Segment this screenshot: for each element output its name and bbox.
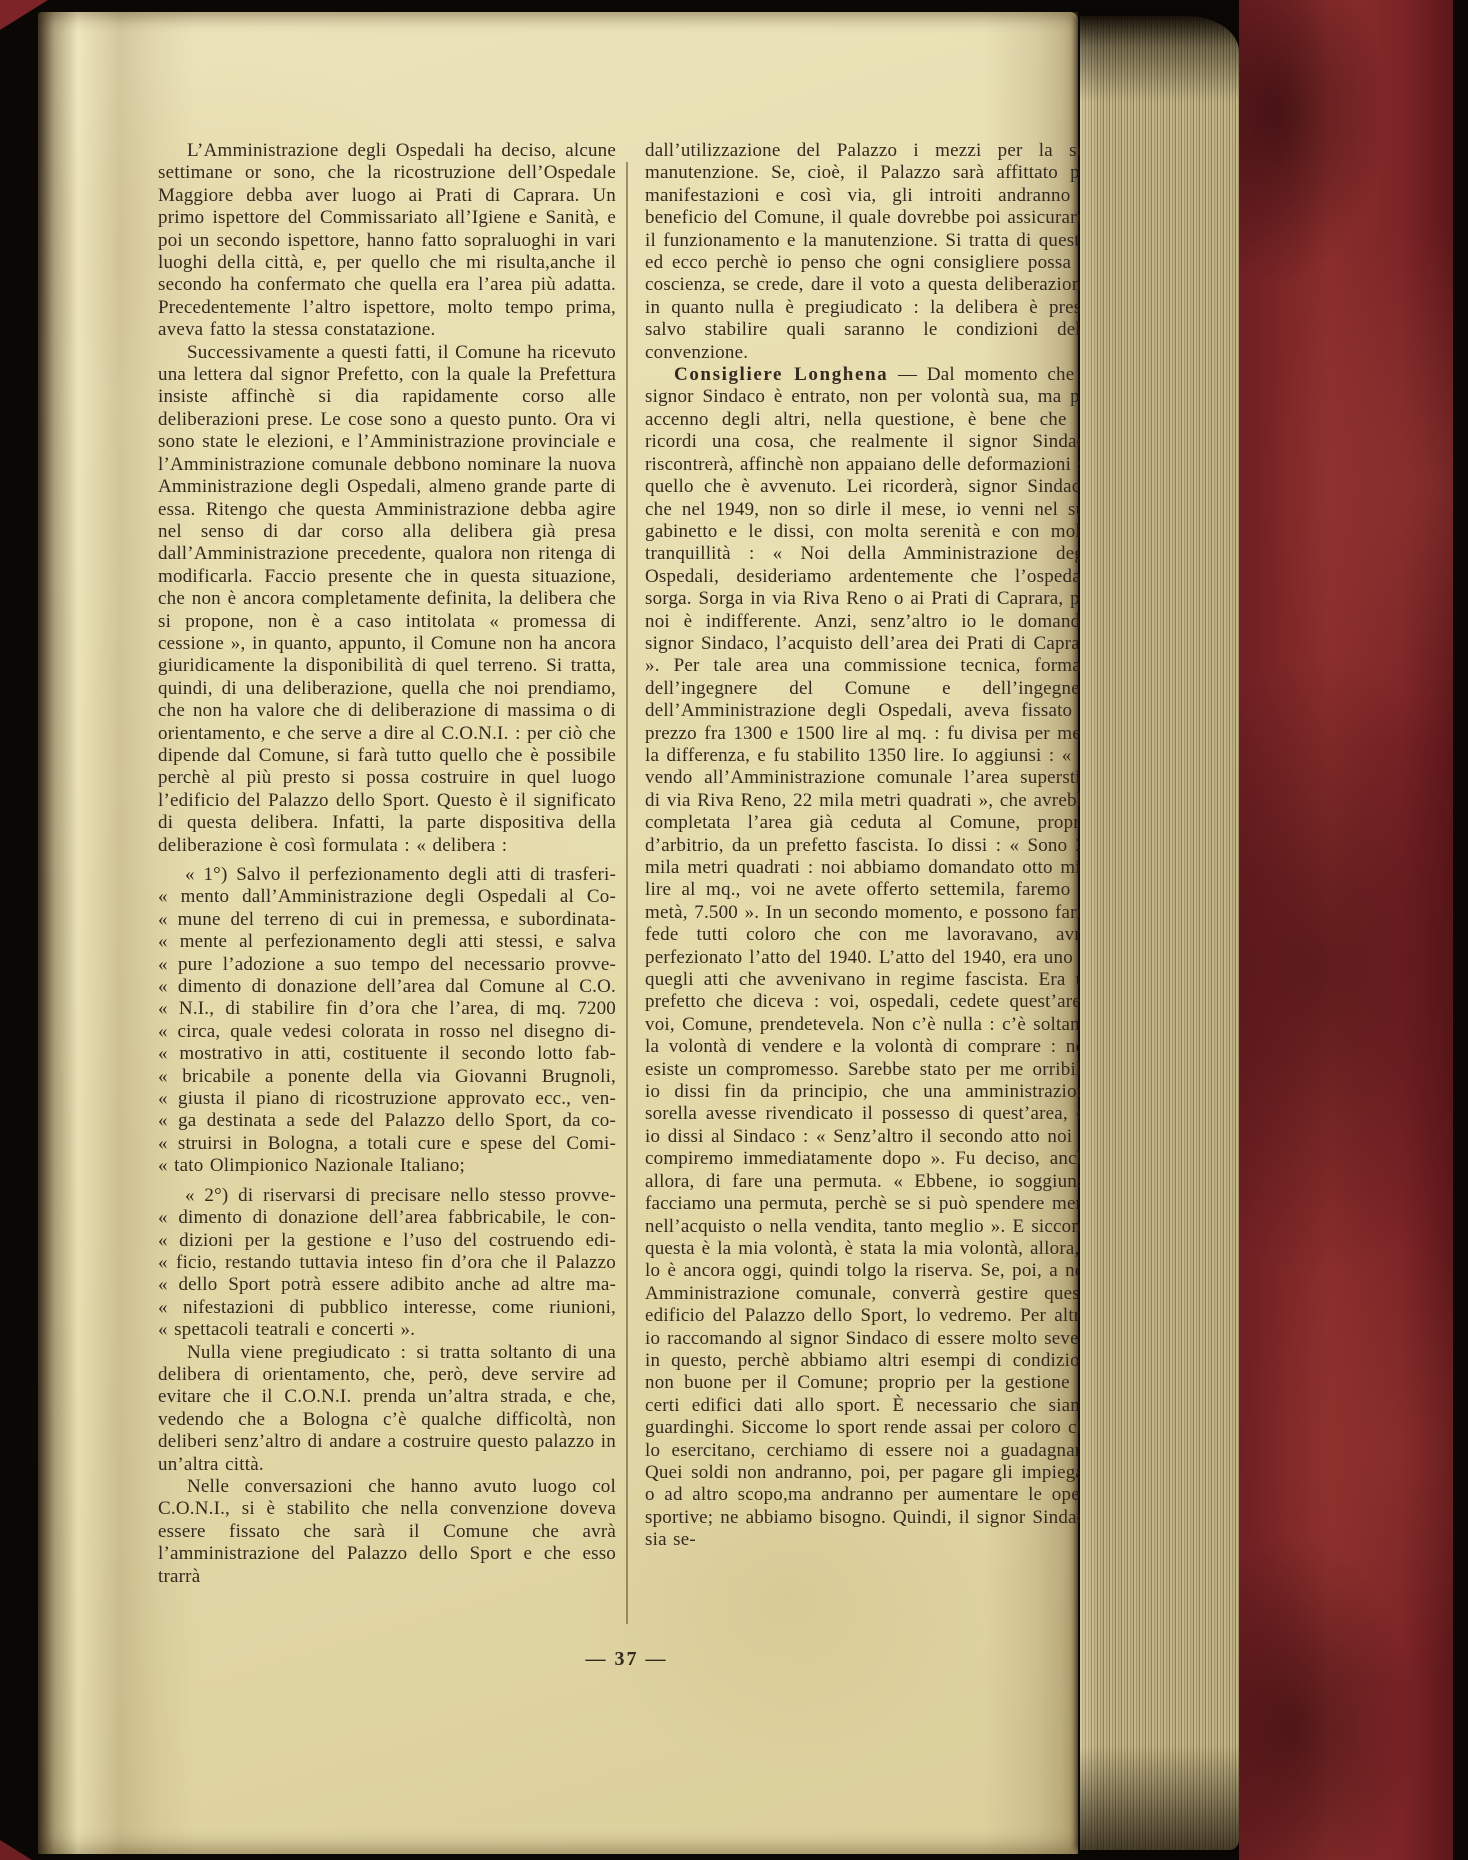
quote-line: « dimento di donazione dell’area dal Com… (158, 976, 616, 998)
book-cover-corner-bottom-left (0, 1840, 32, 1860)
quote-line: « mune del terreno di cui in premessa, e… (158, 909, 616, 931)
paragraph-longhena: Consigliere Longhena — Dal momento che i… (645, 364, 1095, 1552)
quote-line: « bricabile a ponente della via Giovanni… (158, 1066, 616, 1088)
speech-text: — Dal momento che il signor Sindaco è en… (645, 364, 1095, 1550)
paragraph: Successivamente a questi fatti, il Comun… (158, 342, 616, 857)
quote-line: « nifestazioni di pubblico interesse, co… (158, 1297, 616, 1319)
paragraph: Nulla viene pregiudicato : si tratta sol… (158, 1342, 616, 1476)
page-number: — 37 — (158, 1648, 1095, 1671)
quote-line: « giusta il piano di ricostruzione appro… (158, 1088, 616, 1110)
quote-line: « pure l’adozione a suo tempo del necess… (158, 954, 616, 976)
paragraph: dall’utilizzazione del Palazzo i mezzi p… (645, 140, 1095, 364)
delibera-clause-2: « 2°) di riservarsi di precisare nello s… (158, 1185, 616, 1342)
column-divider-rule (626, 162, 628, 1624)
quote-line: « 2°) di riservarsi di precisare nello s… (158, 1185, 616, 1207)
book-cover (1239, 0, 1453, 1860)
page-stack-edges (1080, 16, 1239, 1850)
quote-line: « mento dall’Amministrazione degli Osped… (158, 886, 616, 908)
quote-line: « 1°) Salvo il perfezionamento degli att… (158, 864, 616, 886)
quote-line: « dizioni per la gestione e l’uso del co… (158, 1230, 616, 1252)
text-block: L’Amministrazione degli Ospedali ha deci… (158, 140, 1095, 1700)
speaker-name: Consigliere Longhena (674, 364, 888, 385)
delibera-clause-1: « 1°) Salvo il perfezionamento degli att… (158, 864, 616, 1178)
quote-line: « N.I., di stabilire fin d’ora che l’are… (158, 998, 616, 1020)
quote-line: « mostrativo in atti, costituente il sec… (158, 1043, 616, 1065)
quote-line: « spettacoli teatrali e concerti ». (158, 1319, 616, 1341)
paragraph: L’Amministrazione degli Ospedali ha deci… (158, 140, 616, 342)
quote-line: « mente al perfezionamento degli atti st… (158, 931, 616, 953)
book-scan-photo: { "page": { "page_number": "— 37 —", "le… (0, 0, 1468, 1860)
quote-line: « dimento di donazione dell’area fabbric… (158, 1207, 616, 1229)
right-column: dall’utilizzazione del Palazzo i mezzi p… (645, 140, 1095, 1552)
book-page: L’Amministrazione degli Ospedali ha deci… (38, 12, 1078, 1854)
quote-line: « ga destinata a sede del Palazzo dello … (158, 1110, 616, 1132)
quote-line: « struirsi in Bologna, a totali cure e s… (158, 1133, 616, 1155)
left-column: L’Amministrazione degli Ospedali ha deci… (158, 140, 616, 1588)
background-edge (1453, 0, 1468, 1860)
quote-line: « ficio, restando tuttavia inteso fin d’… (158, 1252, 616, 1274)
paragraph: Nelle conversazioni che hanno avuto luog… (158, 1476, 616, 1588)
quote-line: « dello Sport potrà essere adibito anche… (158, 1274, 616, 1296)
quote-line: « tato Olimpionico Nazionale Italiano; (158, 1155, 616, 1177)
quote-line: « circa, quale vedesi colorata in rosso … (158, 1021, 616, 1043)
